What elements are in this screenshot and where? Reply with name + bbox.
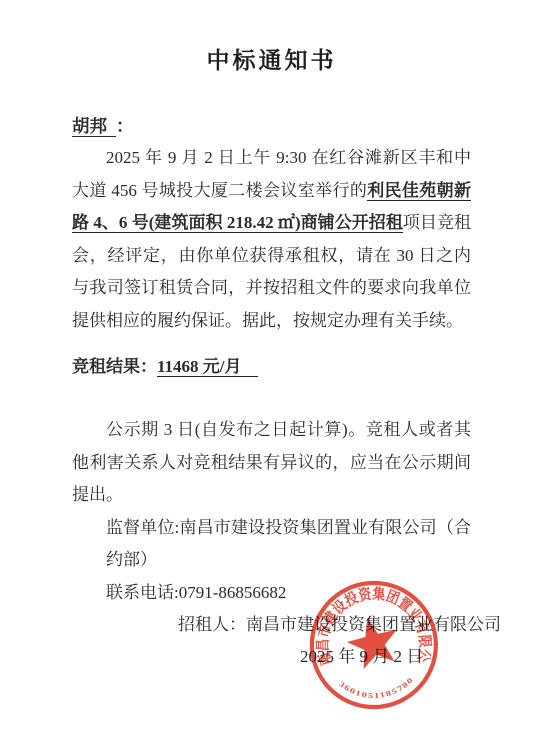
lessor-label: 招租人：: [178, 615, 246, 634]
document-title: 中标通知书: [0, 42, 543, 75]
bid-result-label: 竞租结果：: [72, 357, 157, 376]
company-seal-stamp: 南昌市建设投资集团置业有限公司 3601051185780: [303, 575, 444, 720]
main-paragraph: 2025 年 9 月 2 日上午 9:30 在红谷滩新区丰和中大道 456 号城…: [72, 142, 471, 338]
supervisor-line: 监督单位:南昌市建设投资集团置业有限公司（合约部）: [72, 512, 471, 577]
bid-result-value: 11468 元/月: [157, 357, 258, 377]
seal-star-icon: [342, 612, 404, 672]
addressee-colon: ：: [116, 116, 134, 136]
notice-document-page: 中标通知书 胡邦： 2025 年 9 月 2 日上午 9:30 在红谷滩新区丰和…: [0, 0, 543, 748]
publicity-paragraph: 公示期 3 日(自发布之日起计算)。竞租人或者其他利害关系人对竞租结果有异议的，…: [72, 414, 471, 512]
addressee-line: 胡邦：: [72, 113, 134, 138]
addressee-name: 胡邦: [72, 116, 116, 137]
bid-result-line: 竞租结果：11468 元/月: [72, 352, 258, 377]
